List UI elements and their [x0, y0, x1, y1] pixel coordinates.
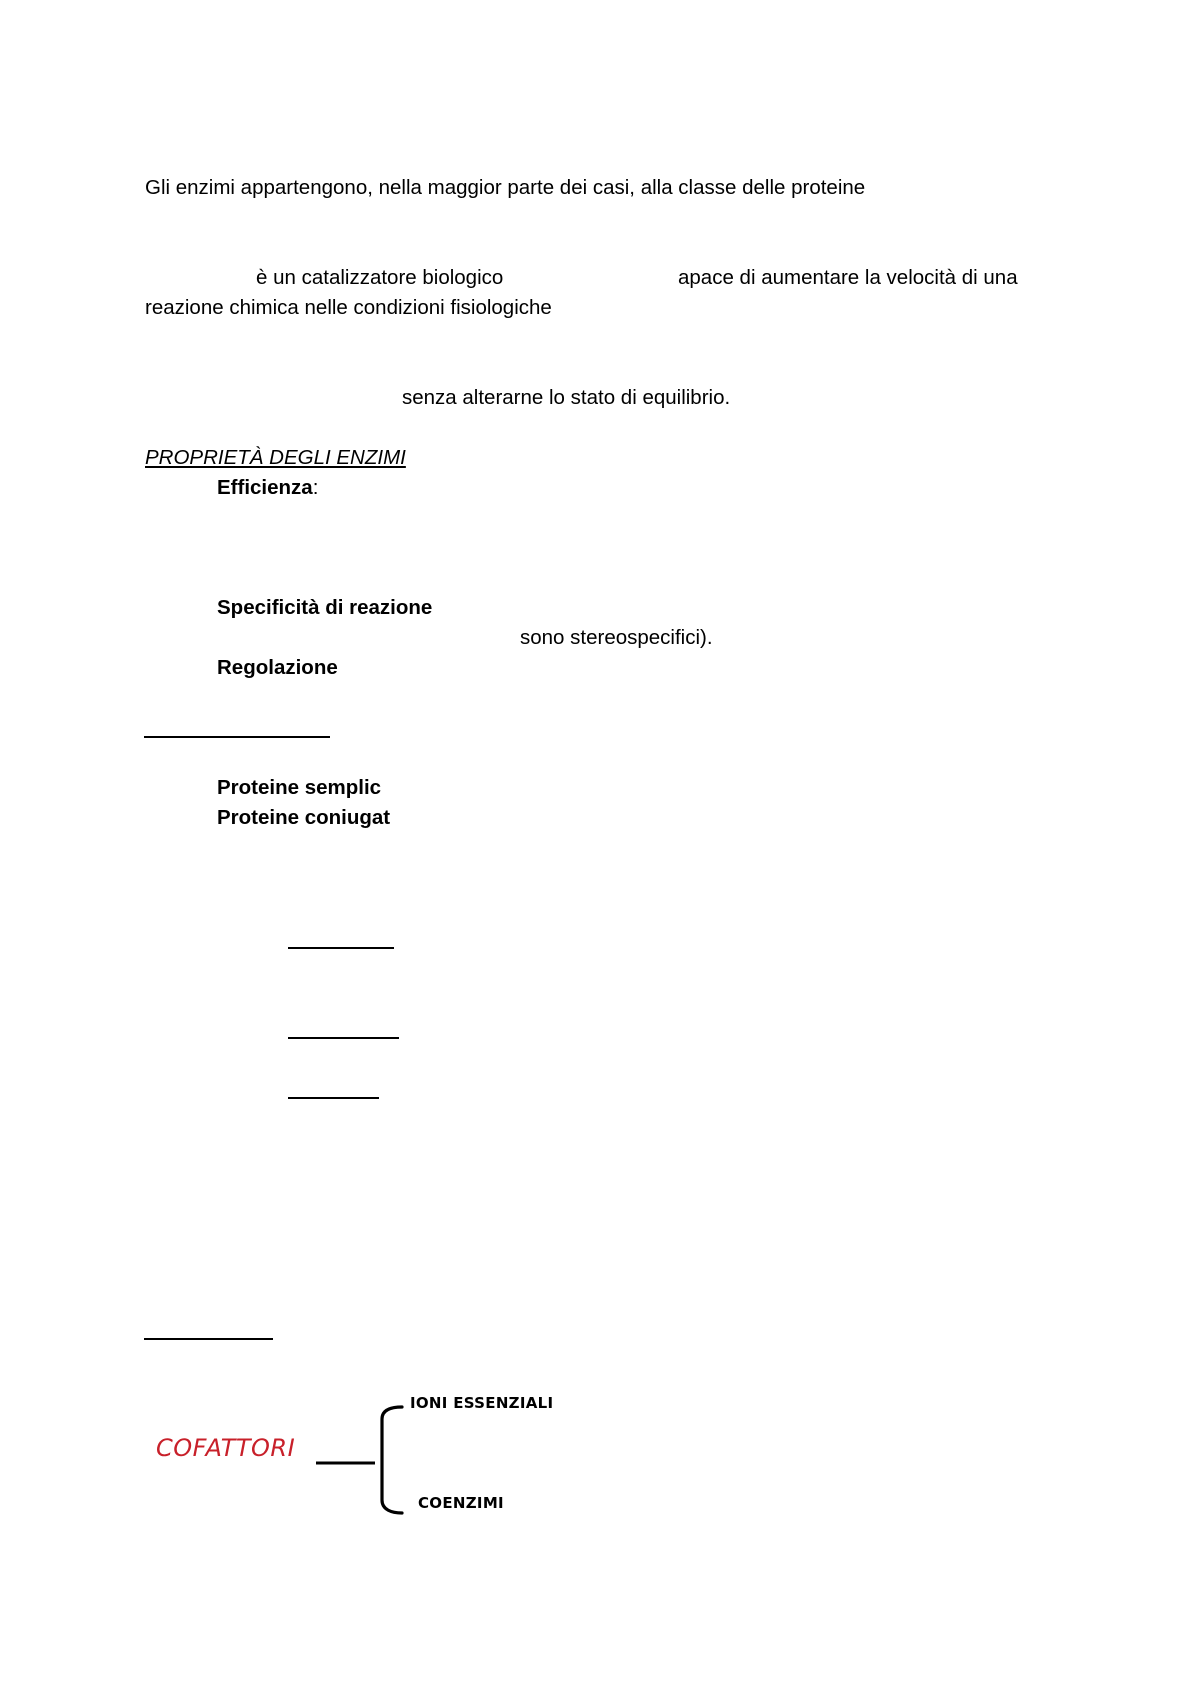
underline-5 — [144, 1338, 273, 1340]
bracket-connector-icon — [310, 1395, 420, 1520]
protein-simple: Proteine semplic — [217, 776, 381, 800]
section-title: PROPRIETÀ DEGLI ENZIMI — [145, 446, 406, 470]
definition-part-2: apace di aumentare la velocità di una — [678, 266, 1018, 290]
intro-line: Gli enzimi appartengono, nella maggior p… — [145, 176, 865, 200]
specificita-text: sono stereospecifici). — [520, 626, 713, 650]
underline-4 — [288, 1097, 379, 1099]
branch-coenzimi: COENZIMI — [418, 1494, 504, 1512]
diagram-root-label: COFATTORI — [156, 1434, 295, 1462]
definition-part-1: è un catalizzatore biologico — [256, 266, 503, 290]
underline-2 — [288, 947, 394, 949]
definition-part-4: senza alterarne lo stato di equilibrio. — [402, 386, 730, 410]
efficienza-label: Efficienza — [217, 476, 313, 499]
heading-underline-1 — [144, 736, 330, 738]
protein-conjugated: Proteine coniugat — [217, 806, 390, 830]
property-efficienza: Efficienza: — [217, 476, 318, 500]
property-regolazione: Regolazione — [217, 656, 338, 680]
underline-3 — [288, 1037, 399, 1039]
efficienza-colon: : — [313, 476, 319, 499]
property-specificita: Specificità di reazione — [217, 596, 432, 620]
definition-part-3: reazione chimica nelle condizioni fisiol… — [145, 296, 552, 320]
branch-ioni-essenziali: IONI ESSENZIALI — [410, 1394, 553, 1412]
